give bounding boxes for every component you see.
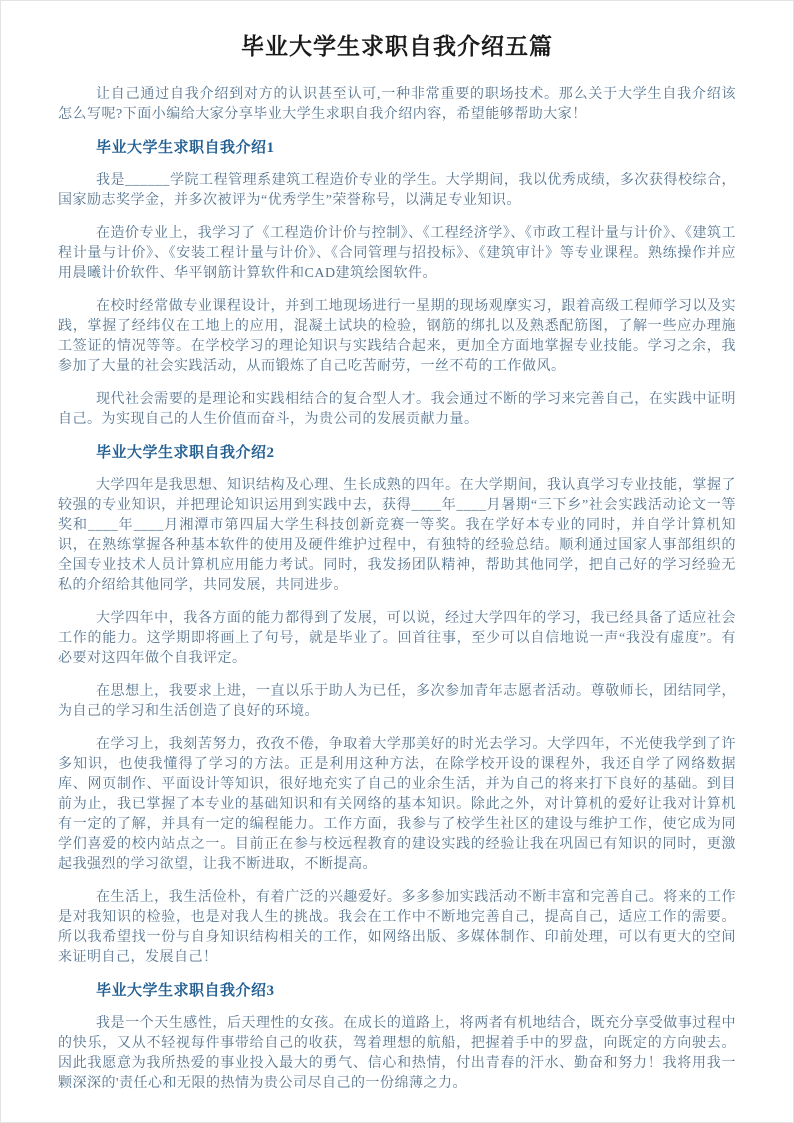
section-2-paragraph: 在生活上，我生活俭朴，有着广泛的兴趣爱好。多多参加实践活动不断丰富和完善自己。将… xyxy=(58,888,736,968)
section-2-paragraph: 大学四年是我思想、知识结构及心理、生长成熟的四年。在大学期间，我认真学习专业技能… xyxy=(58,476,736,596)
section-1-paragraph: 现代社会需要的是理论和实践相结合的复合型人才。我会通过不断的学习来完善自己，在实… xyxy=(58,390,736,430)
section-1-paragraph: 在造价专业上，我学习了《工程造价计价与控制》、《工程经济学》、《市政工程计量与计… xyxy=(58,224,736,284)
section-1-paragraph: 我是______学院工程管理系建筑工程造价专业的学生。大学期间，我以优秀成绩，多… xyxy=(58,171,736,211)
section-2-paragraph: 在思想上，我要求上进，一直以乐于助人为已任，多次参加青年志愿者活动。尊敬师长，团… xyxy=(58,682,736,722)
section-1-heading: 毕业大学生求职自我介绍1 xyxy=(58,138,736,158)
section-3-paragraph: 我是一个天生感性，后天理性的女孩。在成长的道路上，将两者有机地结合，既充分享受做… xyxy=(58,1014,736,1094)
section-2-paragraph: 在学习上，我刻苦努力，孜孜不倦，争取着大学那美好的时光去学习。大学四年，不光使我… xyxy=(58,735,736,875)
section-1-paragraph: 在校时经常做专业课程设计，并到工地现场进行一星期的现场观摩实习，跟着高级工程师学… xyxy=(58,297,736,377)
section-2-paragraph: 大学四年中，我各方面的能力都得到了发展，可以说，经过大学四年的学习，我已经具备了… xyxy=(58,609,736,669)
intro-paragraph: 让自己通过自我介绍到对方的认识甚至认可,一种非常重要的职场技术。那么关于大学生自… xyxy=(58,85,736,125)
page-title: 毕业大学生求职自我介绍五篇 xyxy=(58,31,736,61)
section-3-heading: 毕业大学生求职自我介绍3 xyxy=(58,981,736,1001)
section-2-heading: 毕业大学生求职自我介绍2 xyxy=(58,443,736,463)
document-page: 毕业大学生求职自我介绍五篇 让自己通过自我介绍到对方的认识甚至认可,一种非常重要… xyxy=(0,0,794,1123)
